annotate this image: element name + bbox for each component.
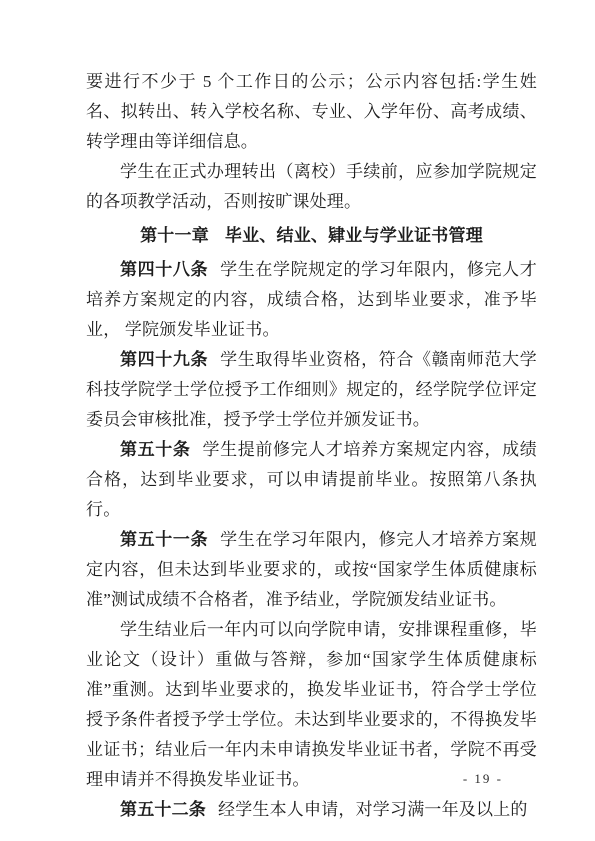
body-paragraph: 要进行不少于 5 个工作日的公示；公示内容包括:学生姓名、拟转出、转入学校名称、… xyxy=(86,67,537,157)
chapter-number: 第十一章 xyxy=(140,226,209,245)
article-text: 经学生本人申请，对学习满一年及以上的 xyxy=(218,800,528,819)
article-paragraph: 第四十九条学生取得毕业资格，符合《赣南师范大学科技学院学士学位授予工作细则》规定… xyxy=(86,345,537,435)
article-number: 第四十九条 xyxy=(120,350,208,369)
article-number: 第四十八条 xyxy=(120,260,208,279)
article-number: 第五十条 xyxy=(120,440,191,459)
article-paragraph: 第四十八条学生在学院规定的学习年限内，修完人才培养方案规定的内容，成绩合格，达到… xyxy=(86,255,537,345)
page-number: - 19 - xyxy=(463,771,503,787)
document-page: 要进行不少于 5 个工作日的公示；公示内容包括:学生姓名、拟转出、转入学校名称、… xyxy=(0,0,595,841)
chapter-title: 毕业、结业、肄业与学业证书管理 xyxy=(225,226,483,245)
document-body: 要进行不少于 5 个工作日的公示；公示内容包括:学生姓名、拟转出、转入学校名称、… xyxy=(86,67,537,825)
article-paragraph: 第五十二条经学生本人申请，对学习满一年及以上的 xyxy=(86,795,537,825)
chapter-heading: 第十一章毕业、结业、肄业与学业证书管理 xyxy=(86,221,537,251)
body-paragraph: 学生结业后一年内可以向学院申请，安排课程重修，毕业论文（设计）重做与答辩，参加“… xyxy=(86,615,537,795)
article-paragraph: 第五十条学生提前修完人才培养方案规定内容，成绩合格，达到毕业要求，可以申请提前毕… xyxy=(86,435,537,525)
article-number: 第五十一条 xyxy=(120,530,208,549)
article-number: 第五十二条 xyxy=(120,800,206,819)
article-paragraph: 第五十一条学生在学习年限内，修完人才培养方案规定内容，但未达到毕业要求的，或按“… xyxy=(86,525,537,615)
body-paragraph: 学生在正式办理转出（离校）手续前，应参加学院规定的各项教学活动，否则按旷课处理。 xyxy=(86,157,537,217)
